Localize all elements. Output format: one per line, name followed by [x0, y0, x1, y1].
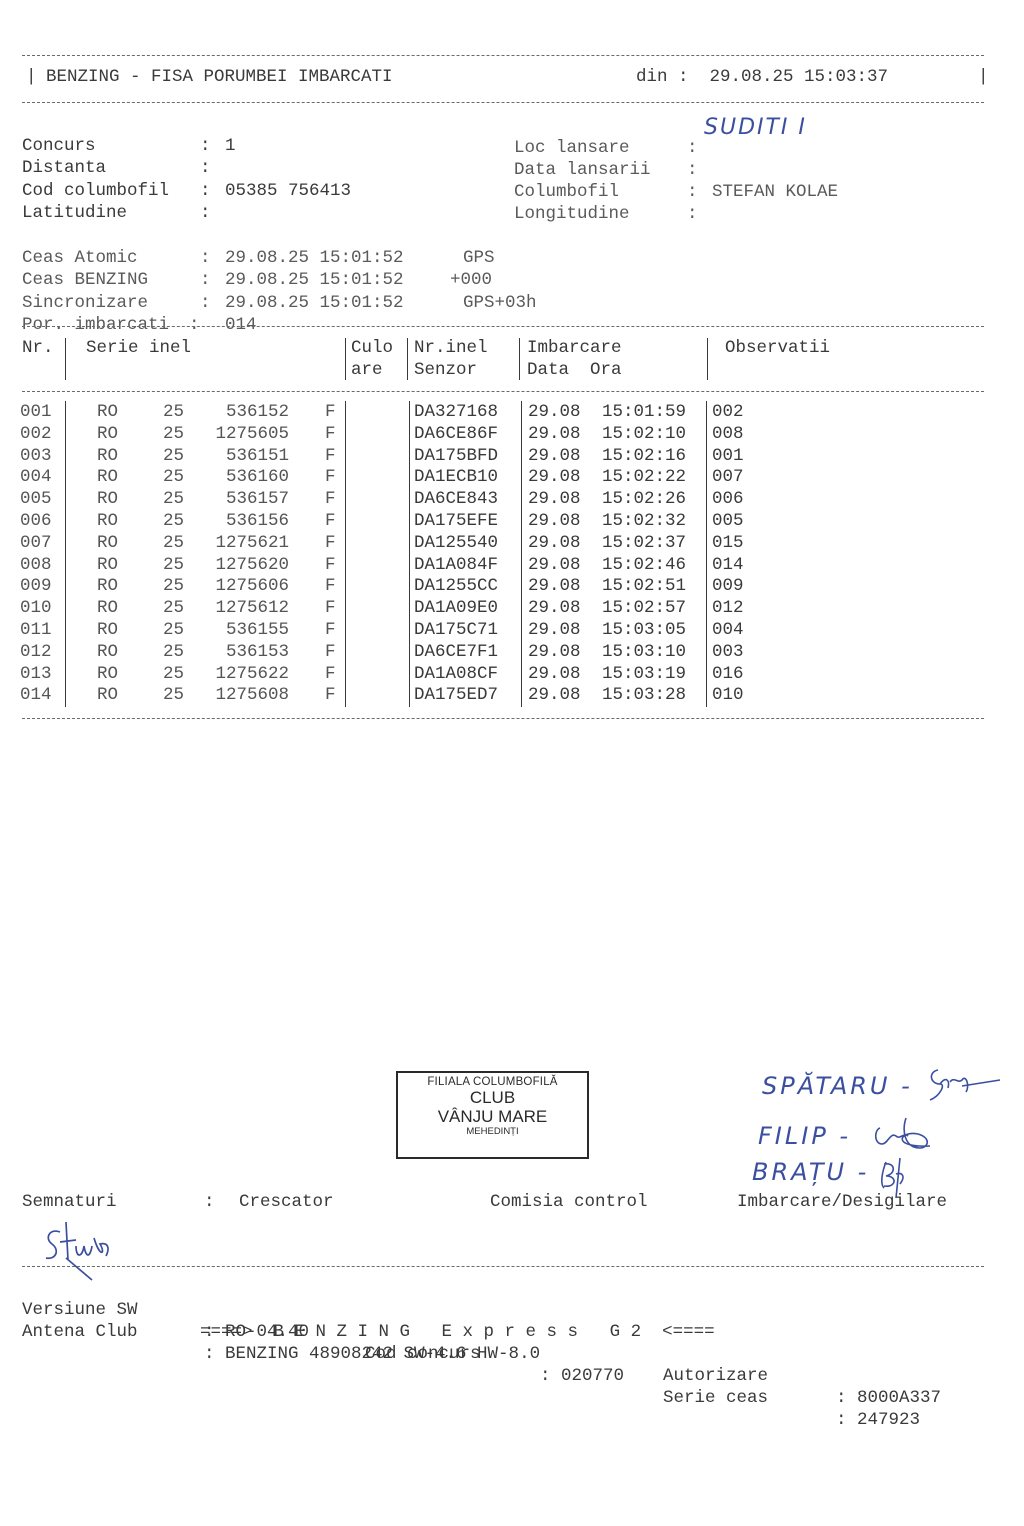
row-ring: 1275606 [215, 575, 289, 597]
row-sex: F [325, 532, 336, 554]
table-row: 001RO25536152FDA32716829.0815:01:59002 [20, 401, 980, 423]
row-year: 25 [163, 641, 184, 663]
row-time: 15:02:32 [602, 510, 686, 532]
row-nr: 014 [20, 684, 52, 706]
row-country: RO [97, 423, 118, 445]
row-country: RO [97, 684, 118, 706]
row-sensor: DA327168 [414, 401, 498, 423]
row-year: 25 [163, 597, 184, 619]
row-sensor: DA175ED7 [414, 684, 498, 706]
table-row: 010RO251275612FDA1A09E029.0815:02:57012 [20, 597, 980, 619]
row-year: 25 [163, 510, 184, 532]
stamp-line-2: CLUB [398, 1088, 587, 1107]
row-sex: F [325, 466, 336, 488]
row-ring: 536155 [226, 619, 289, 641]
row-sex: F [325, 619, 336, 641]
row-country: RO [97, 575, 118, 597]
row-sensor: DA175BFD [414, 445, 498, 467]
row-year: 25 [163, 466, 184, 488]
row-date: 29.08 [528, 510, 581, 532]
footer-line-2: Antena Club : BENZING 48908242 SW-4.6 HW… [22, 1299, 1002, 1321]
row-time: 15:03:10 [602, 641, 686, 663]
row-time: 15:02:22 [602, 466, 686, 488]
body-divider [65, 401, 66, 707]
row-date: 29.08 [528, 619, 581, 641]
row-sensor: DA6CE7F1 [414, 641, 498, 663]
row-time: 15:02:57 [602, 597, 686, 619]
row-obs: 004 [712, 619, 744, 641]
table-bottom-rule [22, 718, 984, 719]
row-ring: 536157 [226, 488, 289, 510]
row-date: 29.08 [528, 466, 581, 488]
signatures-label: Semnaturi [22, 1191, 117, 1213]
row-sex: F [325, 510, 336, 532]
row-obs: 007 [712, 466, 744, 488]
row-time: 15:01:59 [602, 401, 686, 423]
table-row: 007RO251275621FDA12554029.0815:02:37015 [20, 532, 980, 554]
row-nr: 009 [20, 575, 52, 597]
row-sensor: DA1A08CF [414, 663, 498, 685]
handwritten-release-location: SUDITI I [704, 117, 807, 139]
info-left: Concurs:1 Distanta: Cod columbofil:05385… [22, 113, 43, 223]
row-time: 15:02:37 [602, 532, 686, 554]
header-top-rule [22, 55, 984, 56]
row-country: RO [97, 597, 118, 619]
table-row: 012RO25536153FDA6CE7F129.0815:03:10003 [20, 641, 980, 663]
table-row: 004RO25536160FDA1ECB1029.0815:02:22007 [20, 466, 980, 488]
club-stamp: FILIALA COLUMBOFILĂ CLUB VÂNJU MARE MEHE… [396, 1071, 589, 1159]
header-pipe-left: | [26, 66, 37, 88]
row-nr: 011 [20, 619, 52, 641]
row-obs: 010 [712, 684, 744, 706]
row-ring: 1275605 [215, 423, 289, 445]
row-ring: 536160 [226, 466, 289, 488]
signature-comisia: Comisia control [490, 1191, 648, 1213]
row-date: 29.08 [528, 532, 581, 554]
row-nr: 007 [20, 532, 52, 554]
row-year: 25 [163, 554, 184, 576]
table-header: Nr. Serie inel Culo are Nr.inel Senzor I… [20, 337, 980, 383]
stamp-line-4: MEHEDINȚI [398, 1126, 587, 1137]
row-country: RO [97, 532, 118, 554]
col-header-nr: Nr. [22, 337, 54, 359]
row-year: 25 [163, 575, 184, 597]
row-country: RO [97, 663, 118, 685]
row-nr: 003 [20, 445, 52, 467]
row-sensor: DA1A09E0 [414, 597, 498, 619]
row-sensor: DA175EFE [414, 510, 498, 532]
document-header: | BENZING - FISA PORUMBEI IMBARCATI din … [26, 66, 986, 176]
row-country: RO [97, 619, 118, 641]
row-ring: 1275612 [215, 597, 289, 619]
table-row: 003RO25536151FDA175BFD29.0815:02:16001 [20, 445, 980, 467]
row-nr: 005 [20, 488, 52, 510]
row-sex: F [325, 423, 336, 445]
table-row: 011RO25536155FDA175C7129.0815:03:05004 [20, 619, 980, 641]
row-date: 29.08 [528, 423, 581, 445]
row-sex: F [325, 401, 336, 423]
row-obs: 003 [712, 641, 744, 663]
row-nr: 002 [20, 423, 52, 445]
row-sensor: DA1A084F [414, 554, 498, 576]
row-sex: F [325, 575, 336, 597]
row-ring: 1275620 [215, 554, 289, 576]
row-obs: 016 [712, 663, 744, 685]
print-timestamp: din : 29.08.25 15:03:37 [636, 66, 888, 88]
row-date: 29.08 [528, 445, 581, 467]
row-ring: 536156 [226, 510, 289, 532]
row-obs: 015 [712, 532, 744, 554]
table-row: 014RO251275608FDA175ED729.0815:03:28010 [20, 684, 980, 706]
row-sex: F [325, 597, 336, 619]
row-date: 29.08 [528, 663, 581, 685]
signature-crescator: Crescator [239, 1191, 334, 1213]
row-time: 15:02:26 [602, 488, 686, 510]
row-date: 29.08 [528, 641, 581, 663]
row-sex: F [325, 641, 336, 663]
row-nr: 012 [20, 641, 52, 663]
table-row: 008RO251275620FDA1A084F29.0815:02:46014 [20, 554, 980, 576]
row-time: 15:02:16 [602, 445, 686, 467]
row-nr: 006 [20, 510, 52, 532]
row-sensor: DA125540 [414, 532, 498, 554]
header-bottom-rule [22, 102, 984, 103]
row-date: 29.08 [528, 597, 581, 619]
antena-label: Antena Club [22, 1321, 138, 1343]
col-header-senzor: Senzor [414, 359, 477, 381]
signatures-colon: : [204, 1191, 215, 1213]
row-nr: 013 [20, 663, 52, 685]
row-country: RO [97, 641, 118, 663]
serie-ceas-value: : 247923 [836, 1409, 920, 1431]
col-header-data-ora: Data Ora [527, 359, 622, 381]
body-divider [521, 401, 522, 707]
row-obs: 008 [712, 423, 744, 445]
autorizare-value: : 8000A337 [836, 1387, 941, 1409]
row-sensor: DA1ECB10 [414, 466, 498, 488]
row-sex: F [325, 554, 336, 576]
table-row: 002RO251275605FDA6CE86F29.0815:02:10008 [20, 423, 980, 445]
row-date: 29.08 [528, 575, 581, 597]
row-ring: 536151 [226, 445, 289, 467]
row-sex: F [325, 684, 336, 706]
row-time: 15:02:46 [602, 554, 686, 576]
signature-imbarcare: Imbarcare/Desigilare [737, 1191, 947, 1213]
header-divider [407, 338, 408, 380]
col-header-imbarcare: Imbarcare [527, 337, 622, 359]
row-sex: F [325, 488, 336, 510]
col-header-nrinel: Nr.inel [414, 337, 488, 359]
table-row: 006RO25536156FDA175EFE29.0815:02:32005 [20, 510, 980, 532]
row-sensor: DA1255CC [414, 575, 498, 597]
stamp-line-3: VÂNJU MARE [398, 1107, 587, 1126]
col-header-serie: Serie inel [86, 337, 191, 359]
row-time: 15:02:10 [602, 423, 686, 445]
row-time: 15:02:51 [602, 575, 686, 597]
brand-line: ====> B E N Z I N G E x p r e s s G 2 <=… [200, 1321, 715, 1343]
row-obs: 009 [712, 575, 744, 597]
header-divider [519, 338, 520, 380]
header-divider [65, 338, 66, 380]
row-ring: 536152 [226, 401, 289, 423]
row-ring: 1275621 [215, 532, 289, 554]
breeder-signature-icon [30, 1218, 140, 1284]
antena-value: : BENZING 48908242 SW-4.6 HW-8.0 [204, 1343, 540, 1365]
body-divider [409, 401, 410, 707]
row-year: 25 [163, 684, 184, 706]
header-divider [707, 338, 708, 380]
table-header-rule [22, 391, 984, 392]
row-country: RO [97, 401, 118, 423]
col-header-observatii: Observatii [725, 337, 830, 359]
row-obs: 012 [712, 597, 744, 619]
row-time: 15:03:05 [602, 619, 686, 641]
row-year: 25 [163, 445, 184, 467]
row-obs: 002 [712, 401, 744, 423]
info-longitudine: Longitudine: [514, 181, 556, 247]
row-country: RO [97, 445, 118, 467]
row-sex: F [325, 663, 336, 685]
footer-top-rule [22, 1266, 984, 1267]
row-obs: 001 [712, 445, 744, 467]
handwritten-committee-2: FILIP - [758, 1122, 851, 1150]
header-pipe-right: | [978, 66, 989, 88]
scribble-signature-icon [860, 1108, 940, 1158]
handwritten-committee-3: BRAȚU - [752, 1158, 869, 1186]
row-sensor: DA6CE86F [414, 423, 498, 445]
autorizare-label: Autorizare [663, 1365, 768, 1387]
row-year: 25 [163, 619, 184, 641]
signatures-row: Semnaturi : Crescator Comisia control Im… [22, 1191, 1002, 1215]
row-obs: 006 [712, 488, 744, 510]
serie-ceas-label: Serie ceas [663, 1387, 768, 1409]
document-title: BENZING - FISA PORUMBEI IMBARCATI [46, 66, 393, 88]
row-nr: 001 [20, 401, 52, 423]
row-nr: 004 [20, 466, 52, 488]
table-top-rule [22, 326, 984, 327]
stamp-line-1: FILIALA COLUMBOFILĂ [398, 1076, 587, 1088]
row-country: RO [97, 510, 118, 532]
col-header-culoare: Culo [351, 337, 393, 359]
row-ring: 1275622 [215, 663, 289, 685]
row-sex: F [325, 445, 336, 467]
row-time: 15:03:28 [602, 684, 686, 706]
cod-concurs-value: : 020770 [540, 1365, 624, 1387]
row-year: 25 [163, 488, 184, 510]
row-ring: 1275608 [215, 684, 289, 706]
body-divider [345, 401, 346, 707]
row-date: 29.08 [528, 554, 581, 576]
footer-line-1: Versiune SW : RO-04.40 Cod concurs : 020… [22, 1277, 1002, 1299]
row-sensor: DA6CE843 [414, 488, 498, 510]
body-divider [706, 401, 707, 707]
row-country: RO [97, 466, 118, 488]
table-row: 013RO251275622FDA1A08CF29.0815:03:19016 [20, 663, 980, 685]
row-country: RO [97, 554, 118, 576]
row-nr: 008 [20, 554, 52, 576]
table-row: 005RO25536157FDA6CE84329.0815:02:26006 [20, 488, 980, 510]
row-nr: 010 [20, 597, 52, 619]
row-time: 15:03:19 [602, 663, 686, 685]
table-row: 009RO251275606FDA1255CC29.0815:02:51009 [20, 575, 980, 597]
clock-info: Ceas Atomic:29.08.25 15:01:52GPS Ceas BE… [22, 225, 43, 335]
row-date: 29.08 [528, 488, 581, 510]
row-obs: 005 [712, 510, 744, 532]
info-right: Loc lansare: SUDITI I Data lansarii: Col… [514, 113, 535, 223]
row-sensor: DA175C71 [414, 619, 498, 641]
row-country: RO [97, 488, 118, 510]
col-header-culoare-2: are [351, 359, 383, 381]
row-year: 25 [163, 423, 184, 445]
row-year: 25 [163, 401, 184, 423]
row-obs: 014 [712, 554, 744, 576]
handwritten-committee-1: SPĂTARU - [762, 1072, 913, 1100]
header-divider [345, 338, 346, 380]
row-ring: 536153 [226, 641, 289, 663]
row-date: 29.08 [528, 401, 581, 423]
scribble-signature-icon [910, 1062, 1010, 1104]
row-year: 25 [163, 663, 184, 685]
row-date: 29.08 [528, 684, 581, 706]
row-year: 25 [163, 532, 184, 554]
